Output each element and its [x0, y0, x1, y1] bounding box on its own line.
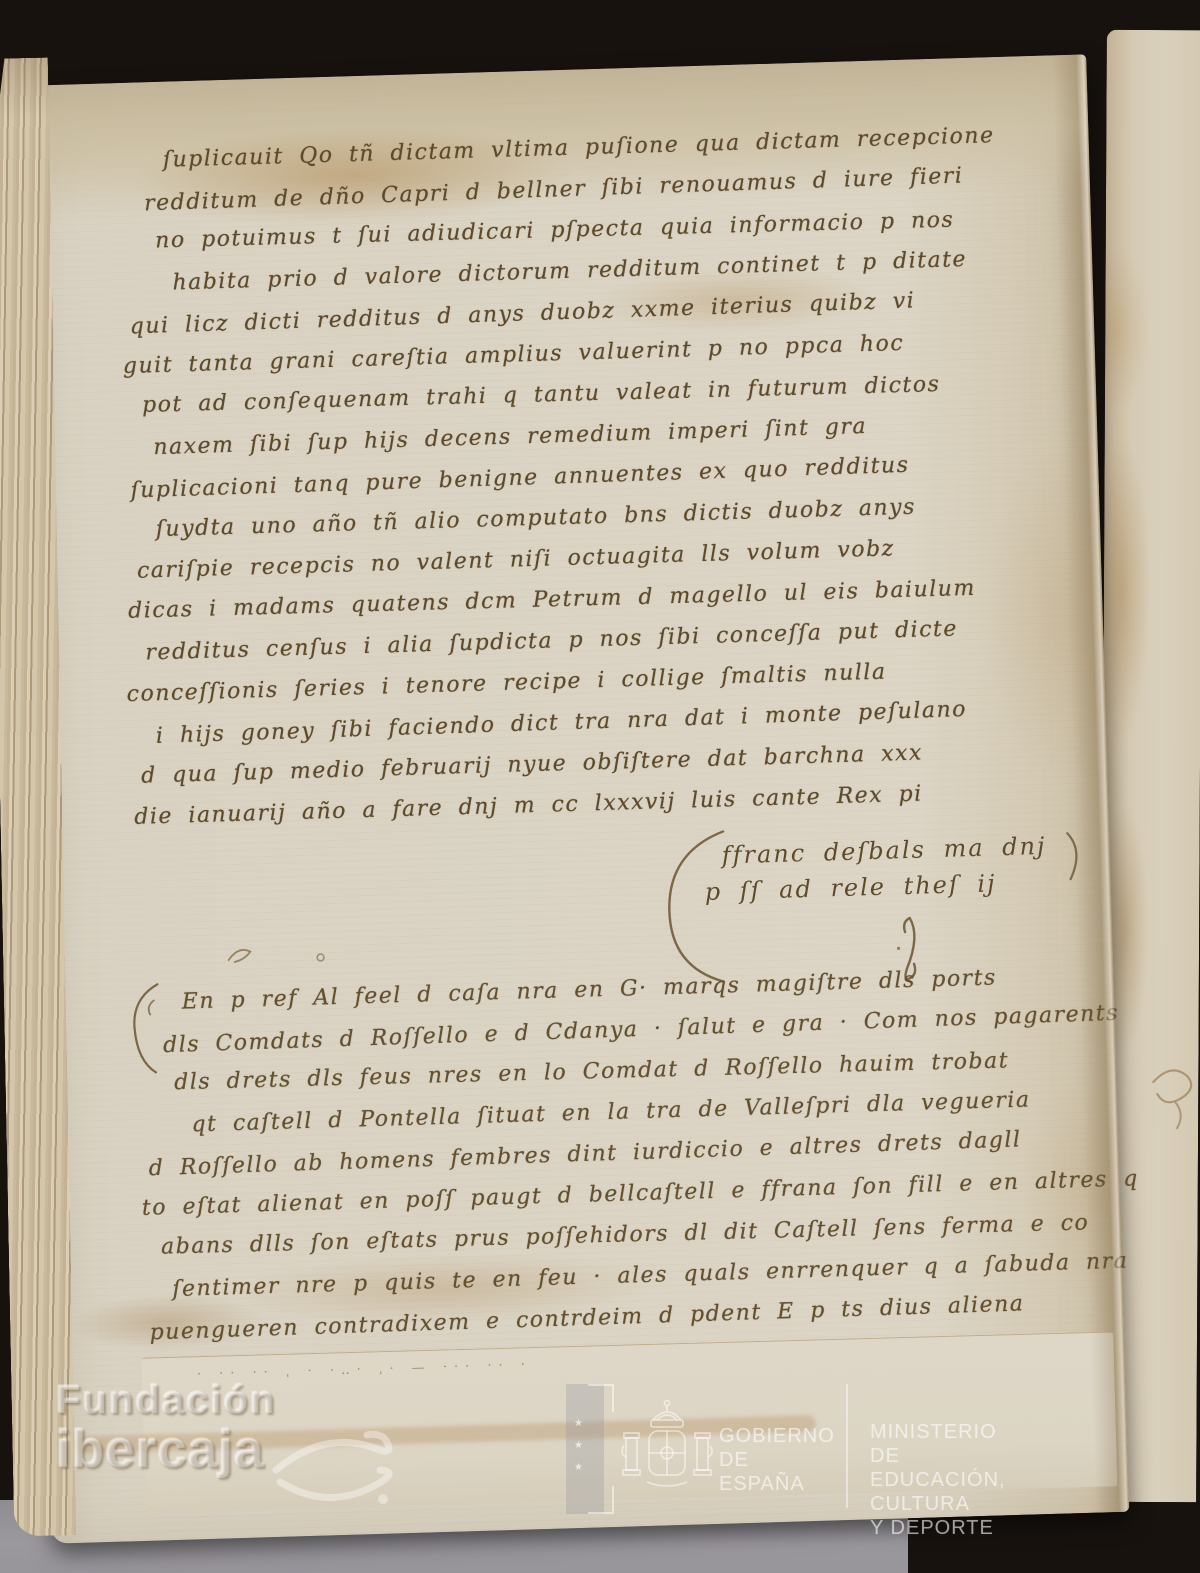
paragraph-2: En p ref Al feel d caſa nra en G· marqs … — [147, 954, 1108, 1351]
star-icon: ★ — [574, 1418, 583, 1429]
stars-bar-icon: ★ ★ ★ — [566, 1384, 604, 1514]
gobierno-line2: DE ESPAÑA — [719, 1448, 835, 1496]
ministerio-line2: DE EDUCACIÓN, CULTURA — [870, 1444, 1006, 1516]
spain-coat-of-arms-icon — [618, 1396, 716, 1496]
ministerio-text: MINISTERIO DE EDUCACIÓN, CULTURA Y DEPOR… — [870, 1420, 1006, 1540]
ibercaja-logo-icon — [270, 1422, 402, 1518]
star-icon: ★ — [574, 1462, 583, 1473]
bracket-top — [588, 1384, 614, 1412]
photo-backdrop: { "document": { "paragraph1": { "lines":… — [0, 0, 1200, 1573]
watermark-ibercaja-text: ibercaja — [56, 1419, 276, 1480]
gobierno-text: GOBIERNO DE ESPAÑA — [719, 1424, 835, 1496]
ministerio-line1: MINISTERIO — [870, 1420, 1006, 1444]
stray-ink-marks-icon — [224, 927, 345, 971]
manuscript-page: ſuplicauit Qo tñ dictam vltima puſione q… — [9, 54, 1130, 1543]
watermark-divider — [846, 1384, 848, 1508]
signature-flourish-tail-icon — [1061, 831, 1089, 884]
gobierno-line1: GOBIERNO — [719, 1424, 835, 1448]
stray-ink-scribble-icon — [1145, 1052, 1197, 1132]
ministerio-line3: Y DEPORTE — [870, 1516, 1006, 1540]
star-icon: ★ — [574, 1440, 583, 1451]
paragraph-1: ſuplicauit Qo tñ dictam vltima puſione q… — [128, 113, 1078, 837]
watermark-fundacion-text: Fundación — [56, 1378, 276, 1423]
signature-block: ffranc deſbals ma dnj p ſſ ad rele theſ … — [721, 827, 1083, 910]
bracket-bottom — [588, 1486, 614, 1514]
watermark-fundacion-ibercaja: Fundación ibercaja — [56, 1378, 276, 1480]
